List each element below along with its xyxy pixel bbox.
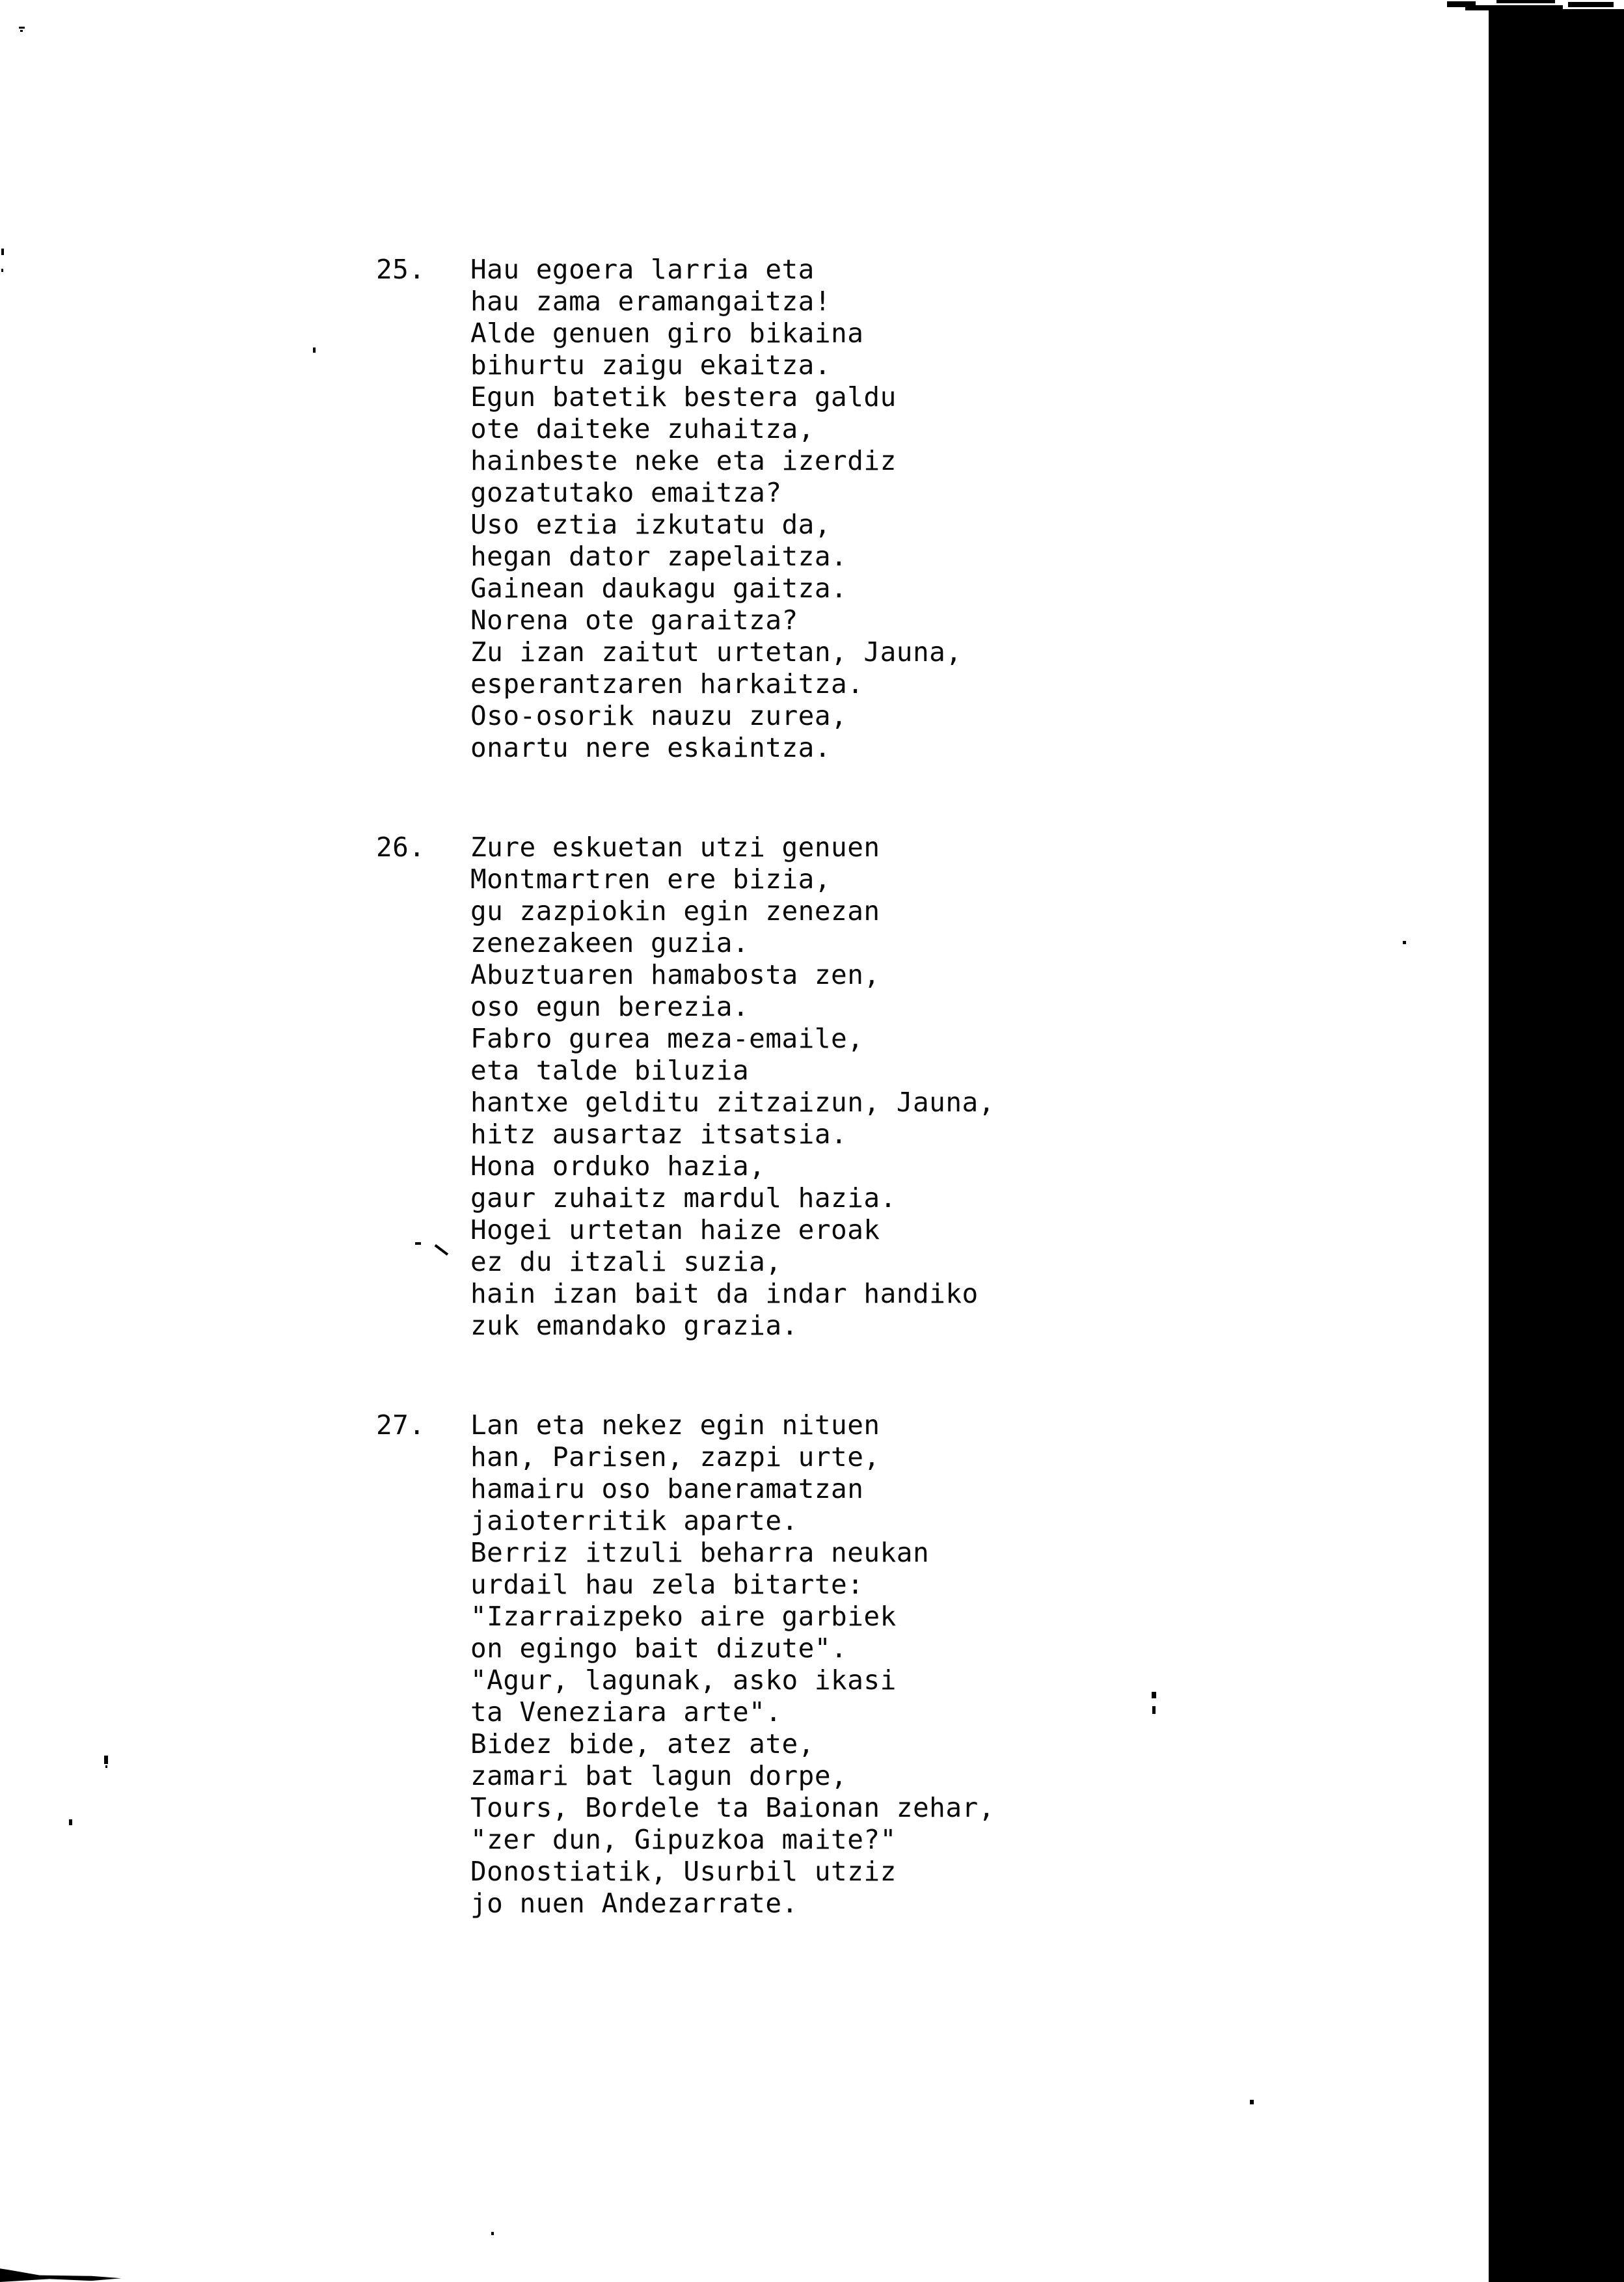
poem-line: Montmartren ere bizia, <box>470 863 995 895</box>
scan-speck <box>104 1756 108 1764</box>
poem-line: Berriz itzuli beharra neukan <box>470 1537 995 1569</box>
poem-line: onartu nere eskaintza. <box>470 732 962 764</box>
scan-speck <box>1152 1706 1156 1714</box>
poem-line: zamari bat lagun dorpe, <box>470 1760 995 1792</box>
poem-line: ote daiteke zuhaitza, <box>470 413 962 445</box>
stanza: 27. Lan eta nekez egin nituenhan, Parise… <box>376 1409 995 1920</box>
poem-line: zuk emandako grazia. <box>470 1310 995 1342</box>
poem-line: eta talde biluzia <box>470 1055 995 1087</box>
scan-speck <box>313 347 316 353</box>
scan-speck <box>1 249 4 255</box>
poem-line: Alde genuen giro bikaina <box>470 318 962 349</box>
poem-line: Gainean daukagu gaitza. <box>470 573 962 604</box>
stanza-number: 26. <box>376 832 470 863</box>
poem-line: Oso-osorik nauzu zurea, <box>470 700 962 732</box>
poem-line: oso egun berezia. <box>470 991 995 1023</box>
poem-line: esperantzaren harkaitza. <box>470 668 962 700</box>
poem-line: "Izarraizpeko aire garbiek <box>470 1601 995 1633</box>
poem-line: jo nuen Andezarrate. <box>470 1888 995 1920</box>
poem-line: hantxe gelditu zitzaizun, Jauna, <box>470 1087 995 1119</box>
poem-line: ta Veneziara arte". <box>470 1696 995 1728</box>
poem-line: hain izan bait da indar handiko <box>470 1278 995 1310</box>
poem-line: Zure eskuetan utzi genuen <box>470 832 995 863</box>
scan-noise <box>1496 0 1555 3</box>
stanza: 25. Hau egoera larria etahau zama eraman… <box>376 254 995 764</box>
scan-noise <box>1568 2 1614 7</box>
scan-speck <box>491 2232 494 2235</box>
poem-line: Hona orduko hazia, <box>470 1150 995 1182</box>
scan-noise <box>1465 5 1563 10</box>
poem-line: hainbeste neke eta izerdiz <box>470 445 962 477</box>
poem-line: gozatutako emaitza? <box>470 477 962 509</box>
poem: 25. Hau egoera larria etahau zama eraman… <box>376 254 995 1987</box>
poem-line: hegan dator zapelaitza. <box>470 541 962 573</box>
scan-speck <box>20 30 23 32</box>
poem-line: Hau egoera larria eta <box>470 254 962 286</box>
poem-line: "zer dun, Gipuzkoa maite?" <box>470 1824 995 1856</box>
poem-line: Norena ote garaitza? <box>470 604 962 636</box>
poem-line: hitz ausartaz itsatsia. <box>470 1119 995 1150</box>
poem-line: bihurtu zaigu ekaitza. <box>470 349 962 381</box>
stanza-lines: Lan eta nekez egin nituenhan, Parisen, z… <box>470 1409 995 1920</box>
poem-line: Abuztuaren hamabosta zen, <box>470 959 995 991</box>
poem-line: jaioterritik aparte. <box>470 1505 995 1537</box>
poem-line: gu zazpiokin egin zenezan <box>470 895 995 927</box>
poem-line: Egun batetik bestera galdu <box>470 381 962 413</box>
scan-artifact-black-bar <box>1489 9 1624 2282</box>
poem-line: hamairu oso baneramatzan <box>470 1473 995 1505</box>
scan-speck <box>1250 2100 1254 2104</box>
stanza-number: 25. <box>376 254 470 286</box>
poem-line: Tours, Bordele ta Baionan zehar, <box>470 1792 995 1824</box>
scan-speck <box>415 1242 421 1245</box>
scan-speck <box>1152 1692 1156 1698</box>
stanza-lines: Hau egoera larria etahau zama eramangait… <box>470 254 962 764</box>
poem-line: on egingo bait dizute". <box>470 1633 995 1664</box>
scan-speck <box>1403 941 1406 944</box>
poem-line: Donostiatik, Usurbil utziz <box>470 1856 995 1888</box>
stanza-number: 27. <box>376 1409 470 1441</box>
poem-line: ez du itzali suzia, <box>470 1246 995 1278</box>
poem-line: gaur zuhaitz mardul hazia. <box>470 1182 995 1214</box>
scan-speck <box>19 27 25 29</box>
stanza: 26. Zure eskuetan utzi genuenMontmartren… <box>376 832 995 1342</box>
poem-line: urdail hau zela bitarte: <box>470 1569 995 1601</box>
scan-speck <box>105 1765 107 1768</box>
scanned-page: 25. Hau egoera larria etahau zama eraman… <box>0 0 1624 2282</box>
poem-line: zenezakeen guzia. <box>470 927 995 959</box>
poem-line: Zu izan zaitut urtetan, Jauna, <box>470 636 962 668</box>
poem-line: han, Parisen, zazpi urte, <box>470 1441 995 1473</box>
poem-line: Fabro gurea meza-emaile, <box>470 1023 995 1055</box>
stanza-lines: Zure eskuetan utzi genuenMontmartren ere… <box>470 832 995 1342</box>
scan-speck <box>1 269 3 272</box>
poem-line: "Agur, lagunak, asko ikasi <box>470 1664 995 1696</box>
poem-line: Lan eta nekez egin nituen <box>470 1409 995 1441</box>
poem-line: Bidez bide, atez ate, <box>470 1728 995 1760</box>
scan-smudge <box>0 2267 124 2282</box>
poem-line: Hogei urtetan haize eroak <box>470 1214 995 1246</box>
scan-speck <box>69 1819 72 1825</box>
poem-line: Uso eztia izkutatu da, <box>470 509 962 541</box>
poem-line: hau zama eramangaitza! <box>470 286 962 318</box>
